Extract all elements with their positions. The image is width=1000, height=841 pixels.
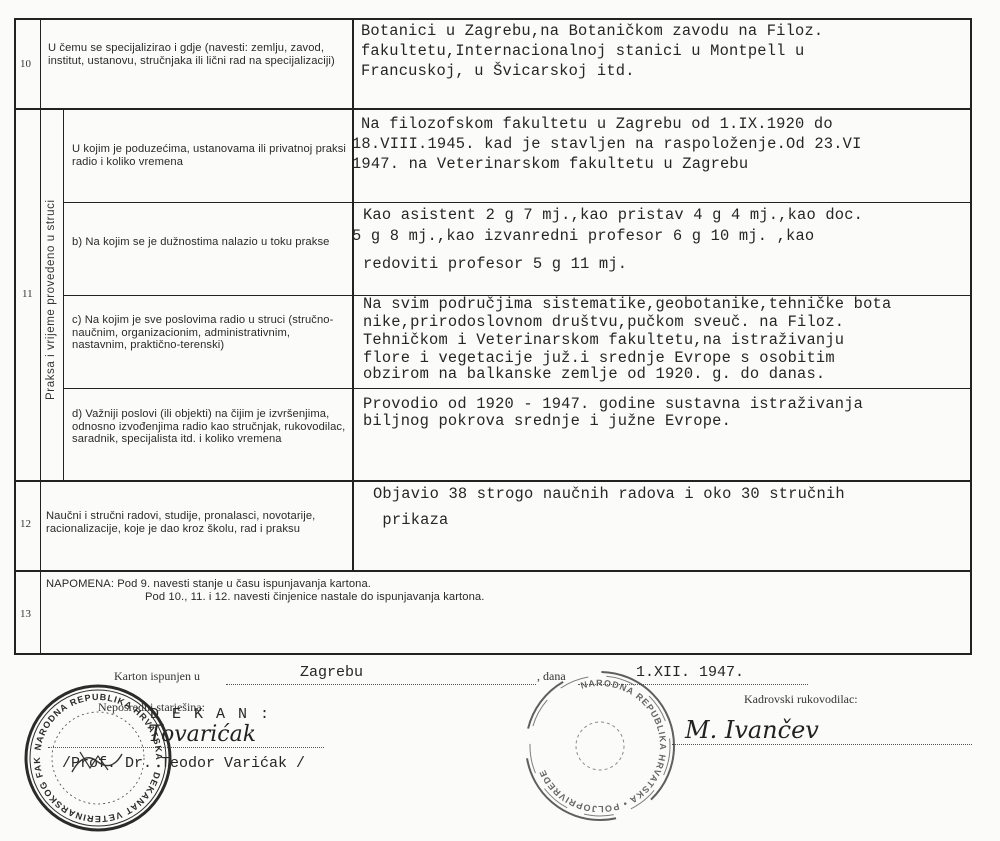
note-line-1: NAPOMENA: Pod 9. navesti stanje u času i…	[46, 578, 746, 591]
number-column-divider	[40, 18, 41, 654]
answer-line: Provodio od 1920 - 1947. godine sustavna…	[363, 395, 863, 413]
answer-column-divider	[352, 18, 354, 570]
hr-label: Kadrovski rukovodilac:	[744, 692, 858, 707]
row12-bottom	[14, 570, 972, 572]
row11-group-divider	[63, 108, 64, 480]
table-bottom-border	[14, 653, 972, 655]
row10-bottom	[14, 108, 972, 110]
row-number: 13	[20, 608, 31, 620]
answer-line: Kao asistent 2 g 7 mj.,kao pristav 4 g 4…	[363, 206, 863, 224]
answer-line: biljnog pokrova srednje i južne Evrope.	[363, 412, 731, 430]
row11-bottom	[14, 480, 972, 482]
row-11d-label: d) Važniji poslovi (ili objekti) na čiji…	[72, 408, 347, 446]
row-number: 11	[22, 288, 33, 300]
answer-line: redoviti profesor 5 g 11 mj.	[363, 255, 627, 273]
answer-line: Botanici u Zagrebu,na Botaničkom zavodu …	[361, 22, 823, 40]
answer-line: flore i vegetacije juž.i srednje Evrope …	[363, 351, 835, 366]
row-11b-label: b) Na kojim se je dužnostima nalazio u t…	[72, 236, 347, 249]
hr-signature-line	[672, 744, 972, 745]
stamp-left-icon: NARODNA REPUBLIKA HRVATSKA • DEKANAT VET…	[22, 682, 174, 834]
place-value: Zagrebu	[300, 664, 363, 681]
answer-line: 18.VIII.1945. kad je stavljen na raspolo…	[352, 135, 862, 153]
row-label: Naučni i stručni radovi, studije, pronal…	[46, 510, 346, 535]
answer-line: Tehničkom i Veterinarskom fakultetu,na i…	[363, 333, 844, 348]
table-right-border	[970, 18, 972, 654]
hr-signature: M. Ivančev	[685, 716, 819, 744]
answer-line: Francuskoj, u Švicarskoj itd.	[361, 62, 635, 80]
answer-line: 1947. na Veterinarskom fakultetu u Zagre…	[352, 155, 748, 173]
row-group-label: Praksa i vrijeme provedeno u struci	[45, 199, 57, 400]
answer-line: 5 g 8 mj.,kao izvanredni profesor 6 g 10…	[352, 227, 814, 245]
table-top-border	[14, 18, 972, 20]
answer-line: nike,prirodoslovnom društvu,pučkom sveuč…	[363, 315, 844, 330]
row-11a-label: U kojim je poduzećima, ustanovama ili pr…	[72, 143, 347, 168]
row-number: 12	[20, 518, 31, 530]
answer-line: prikaza	[373, 511, 449, 529]
row-label: U čemu se specijalizirao i gdje (navesti…	[48, 42, 348, 67]
answer-line: Objavio 38 strogo naučnih radova i oko 3…	[373, 485, 845, 503]
answer-line: obzirom na balkanske zemlje od 1920. g. …	[363, 367, 825, 382]
answer-line: fakultetu,Internacionalnoj stanici u Mon…	[361, 42, 805, 60]
row-number: 10	[20, 58, 31, 70]
place-underline	[226, 684, 536, 685]
row11a-bottom	[63, 202, 972, 203]
stamp-right-icon: NARODNA REPUBLIKA HRVATSKA • POLJOPRIVRE…	[522, 668, 678, 824]
answer-line: Na svim područjima sistematike,geobotani…	[363, 297, 891, 312]
svg-text:NARODNA REPUBLIKA HRVATSKA • P: NARODNA REPUBLIKA HRVATSKA • POLJOPRIVRE…	[537, 678, 668, 814]
note-line-2: Pod 10., 11. i 12. navesti činjenice nas…	[145, 591, 845, 604]
answer-line: Na filozofskom fakultetu u Zagrebu od 1.…	[361, 115, 833, 133]
row-11c-label: c) Na kojim je sve poslovima radio u str…	[72, 314, 347, 352]
table-left-border	[14, 18, 16, 654]
row11c-bottom	[63, 388, 972, 389]
